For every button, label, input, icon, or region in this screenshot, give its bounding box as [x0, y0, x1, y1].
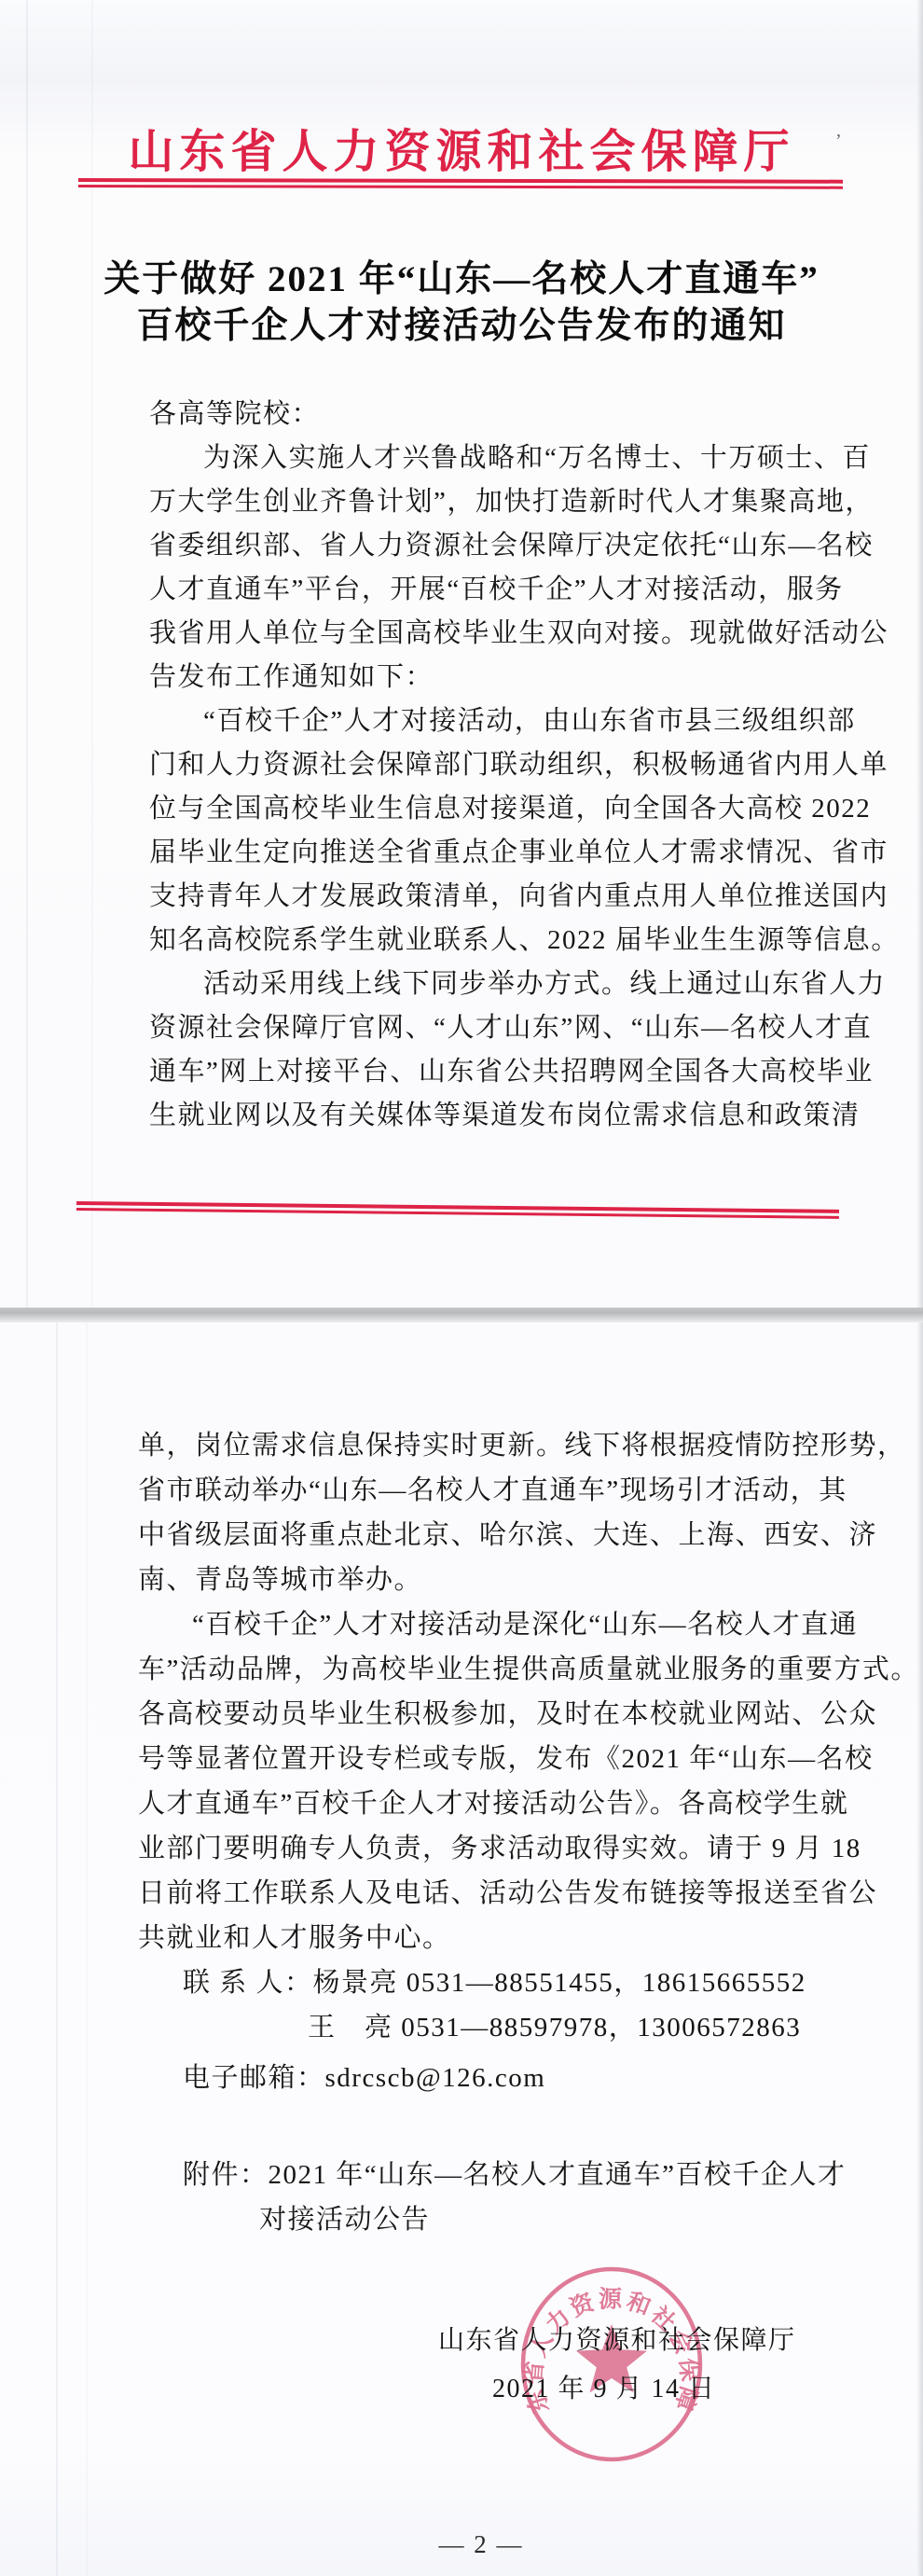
document-title-line1: 关于做好 2021 年“山东—名校人才直通车” — [0, 250, 923, 302]
body-line: 知名高校院系学生就业联系人、2022 届毕业生生源等信息。 — [149, 919, 817, 963]
body-line: 中省级层面将重点赴北京、哈尔滨、大连、上海、西安、济 — [138, 1513, 877, 1558]
page1-body-text: 各高等院校： 为深入实施人才兴鲁战略和“万名博士、十万硕士、百 万大学生创业齐鲁… — [149, 393, 817, 1138]
page-number: — 2 — — [0, 2530, 923, 2559]
body-line: 为深入实施人才兴鲁战略和“万名博士、十万硕士、百 — [149, 436, 817, 480]
salutation: 各高等院校： — [149, 393, 817, 436]
body-line: 车”活动品牌，为高校毕业生提供高质量就业服务的重要方式。 — [138, 1647, 919, 1692]
scan-artifact-tick: ’ — [835, 131, 842, 152]
body-line: 活动采用线上线下同步举办方式。线上通过山东省人力 — [149, 963, 817, 1006]
document-page-2: 单，岗位需求信息保持实时更新。线下将根据疫情防控形势， 省市联动举办“山东—名校… — [0, 1323, 923, 2576]
attachment-line-2: 对接活动公告 — [259, 2197, 430, 2242]
body-line: 我省用人单位与全国高校毕业生双向对接。现就做好活动公 — [149, 612, 817, 656]
body-line: 届毕业生定向推送全省重点企事业单位人才需求情况、省市 — [149, 831, 817, 875]
body-line: 资源社会保障厅官网、“人才山东”网、“山东—名校人才直 — [149, 1006, 817, 1050]
page-edge-shadow — [916, 1323, 923, 2576]
body-line: 通车”网上对接平台、山东省公共招聘网全国各大高校毕业 — [149, 1050, 817, 1094]
body-line: 省委组织部、省人力资源社会保障厅决定依托“山东—名校 — [149, 524, 817, 568]
body-line: 单，岗位需求信息保持实时更新。线下将根据疫情防控形势， — [138, 1423, 906, 1468]
letterhead-title: 山东省人力资源和社会保障厅 — [0, 116, 923, 181]
body-line: 门和人力资源社会保障部门联动组织，积极畅通省内用人单 — [149, 743, 817, 787]
body-line: 共就业和人才服务中心。 — [138, 1916, 451, 1960]
body-line: 业部门要明确专人负责，务求活动取得实效。请于 9 月 18 — [138, 1826, 861, 1871]
official-seal: 山东省人力资源和社会保障厅 — [516, 2263, 708, 2466]
body-line: 位与全国高校毕业生信息对接渠道，向全国各大高校 2022 — [149, 787, 817, 831]
body-line: “百校千企”人才对接活动，由山东省市县三级组织部 — [149, 699, 817, 743]
letterhead-double-rule — [78, 178, 843, 189]
contact-person-line-1: 联 系 人：杨景亮 0531—88551455，18615665552 — [183, 1960, 806, 2005]
scan-artifact-line — [26, 0, 28, 1308]
body-line: 号等显著位置开设专栏或专版，发布《2021 年“山东—名校 — [138, 1737, 874, 1781]
body-line: 省市联动举办“山东—名校人才直通车”现场引才活动，其 — [138, 1468, 847, 1513]
document-page-1: 山东省人力资源和社会保障厅 ’ 关于做好 2021 年“山东—名校人才直通车” … — [0, 0, 923, 1308]
body-line: 南、青岛等城市举办。 — [138, 1558, 422, 1602]
footer-double-rule — [76, 1201, 839, 1219]
scan-artifact-line — [91, 0, 93, 1308]
issuing-authority-signature: 山东省人力资源和社会保障厅 — [438, 2319, 796, 2363]
body-line: 日前将工作联系人及电话、活动公告发布链接等报送至省公 — [138, 1871, 877, 1916]
attachment-line-1: 附件：2021 年“山东—名校人才直通车”百校千企人才 — [183, 2153, 847, 2197]
scan-artifact-line — [86, 1323, 88, 2576]
body-line: 万大学生创业齐鲁计划”，加快打造新时代人才集聚高地， — [149, 480, 817, 524]
body-line: 支持青年人才发展政策清单，向省内重点用人单位推送国内 — [149, 875, 817, 919]
issue-date: 2021 年 9 月 14 日 — [492, 2367, 716, 2412]
contact-person-line-2: 王 亮 0531—88597978，13006572863 — [308, 2005, 801, 2050]
scan-artifact-line — [56, 1323, 58, 2576]
body-line: 告发布工作通知如下： — [149, 656, 817, 699]
body-line: 人才直通车”百校千企人才对接活动公告》。各高校学生就 — [138, 1781, 848, 1826]
scanned-document: 山东省人力资源和社会保障厅 ’ 关于做好 2021 年“山东—名校人才直通车” … — [0, 0, 923, 2576]
page-gap-divider — [0, 1308, 923, 1323]
contact-email-line: 电子邮箱：sdrcscb@126.com — [183, 2056, 545, 2100]
body-line: 生就业网以及有关媒体等渠道发布岗位需求信息和政策清 — [149, 1094, 817, 1138]
document-title-line2: 百校千企人才对接活动公告发布的通知 — [0, 297, 923, 349]
body-line: 各高校要动员毕业生积极参加，及时在本校就业网站、公众 — [138, 1692, 877, 1737]
body-line: 人才直通车”平台，开展“百校千企”人才对接活动，服务 — [149, 568, 817, 612]
page-edge-shadow — [916, 0, 923, 1308]
body-line: “百校千企”人才对接活动是深化“山东—名校人才直通 — [192, 1602, 858, 1647]
